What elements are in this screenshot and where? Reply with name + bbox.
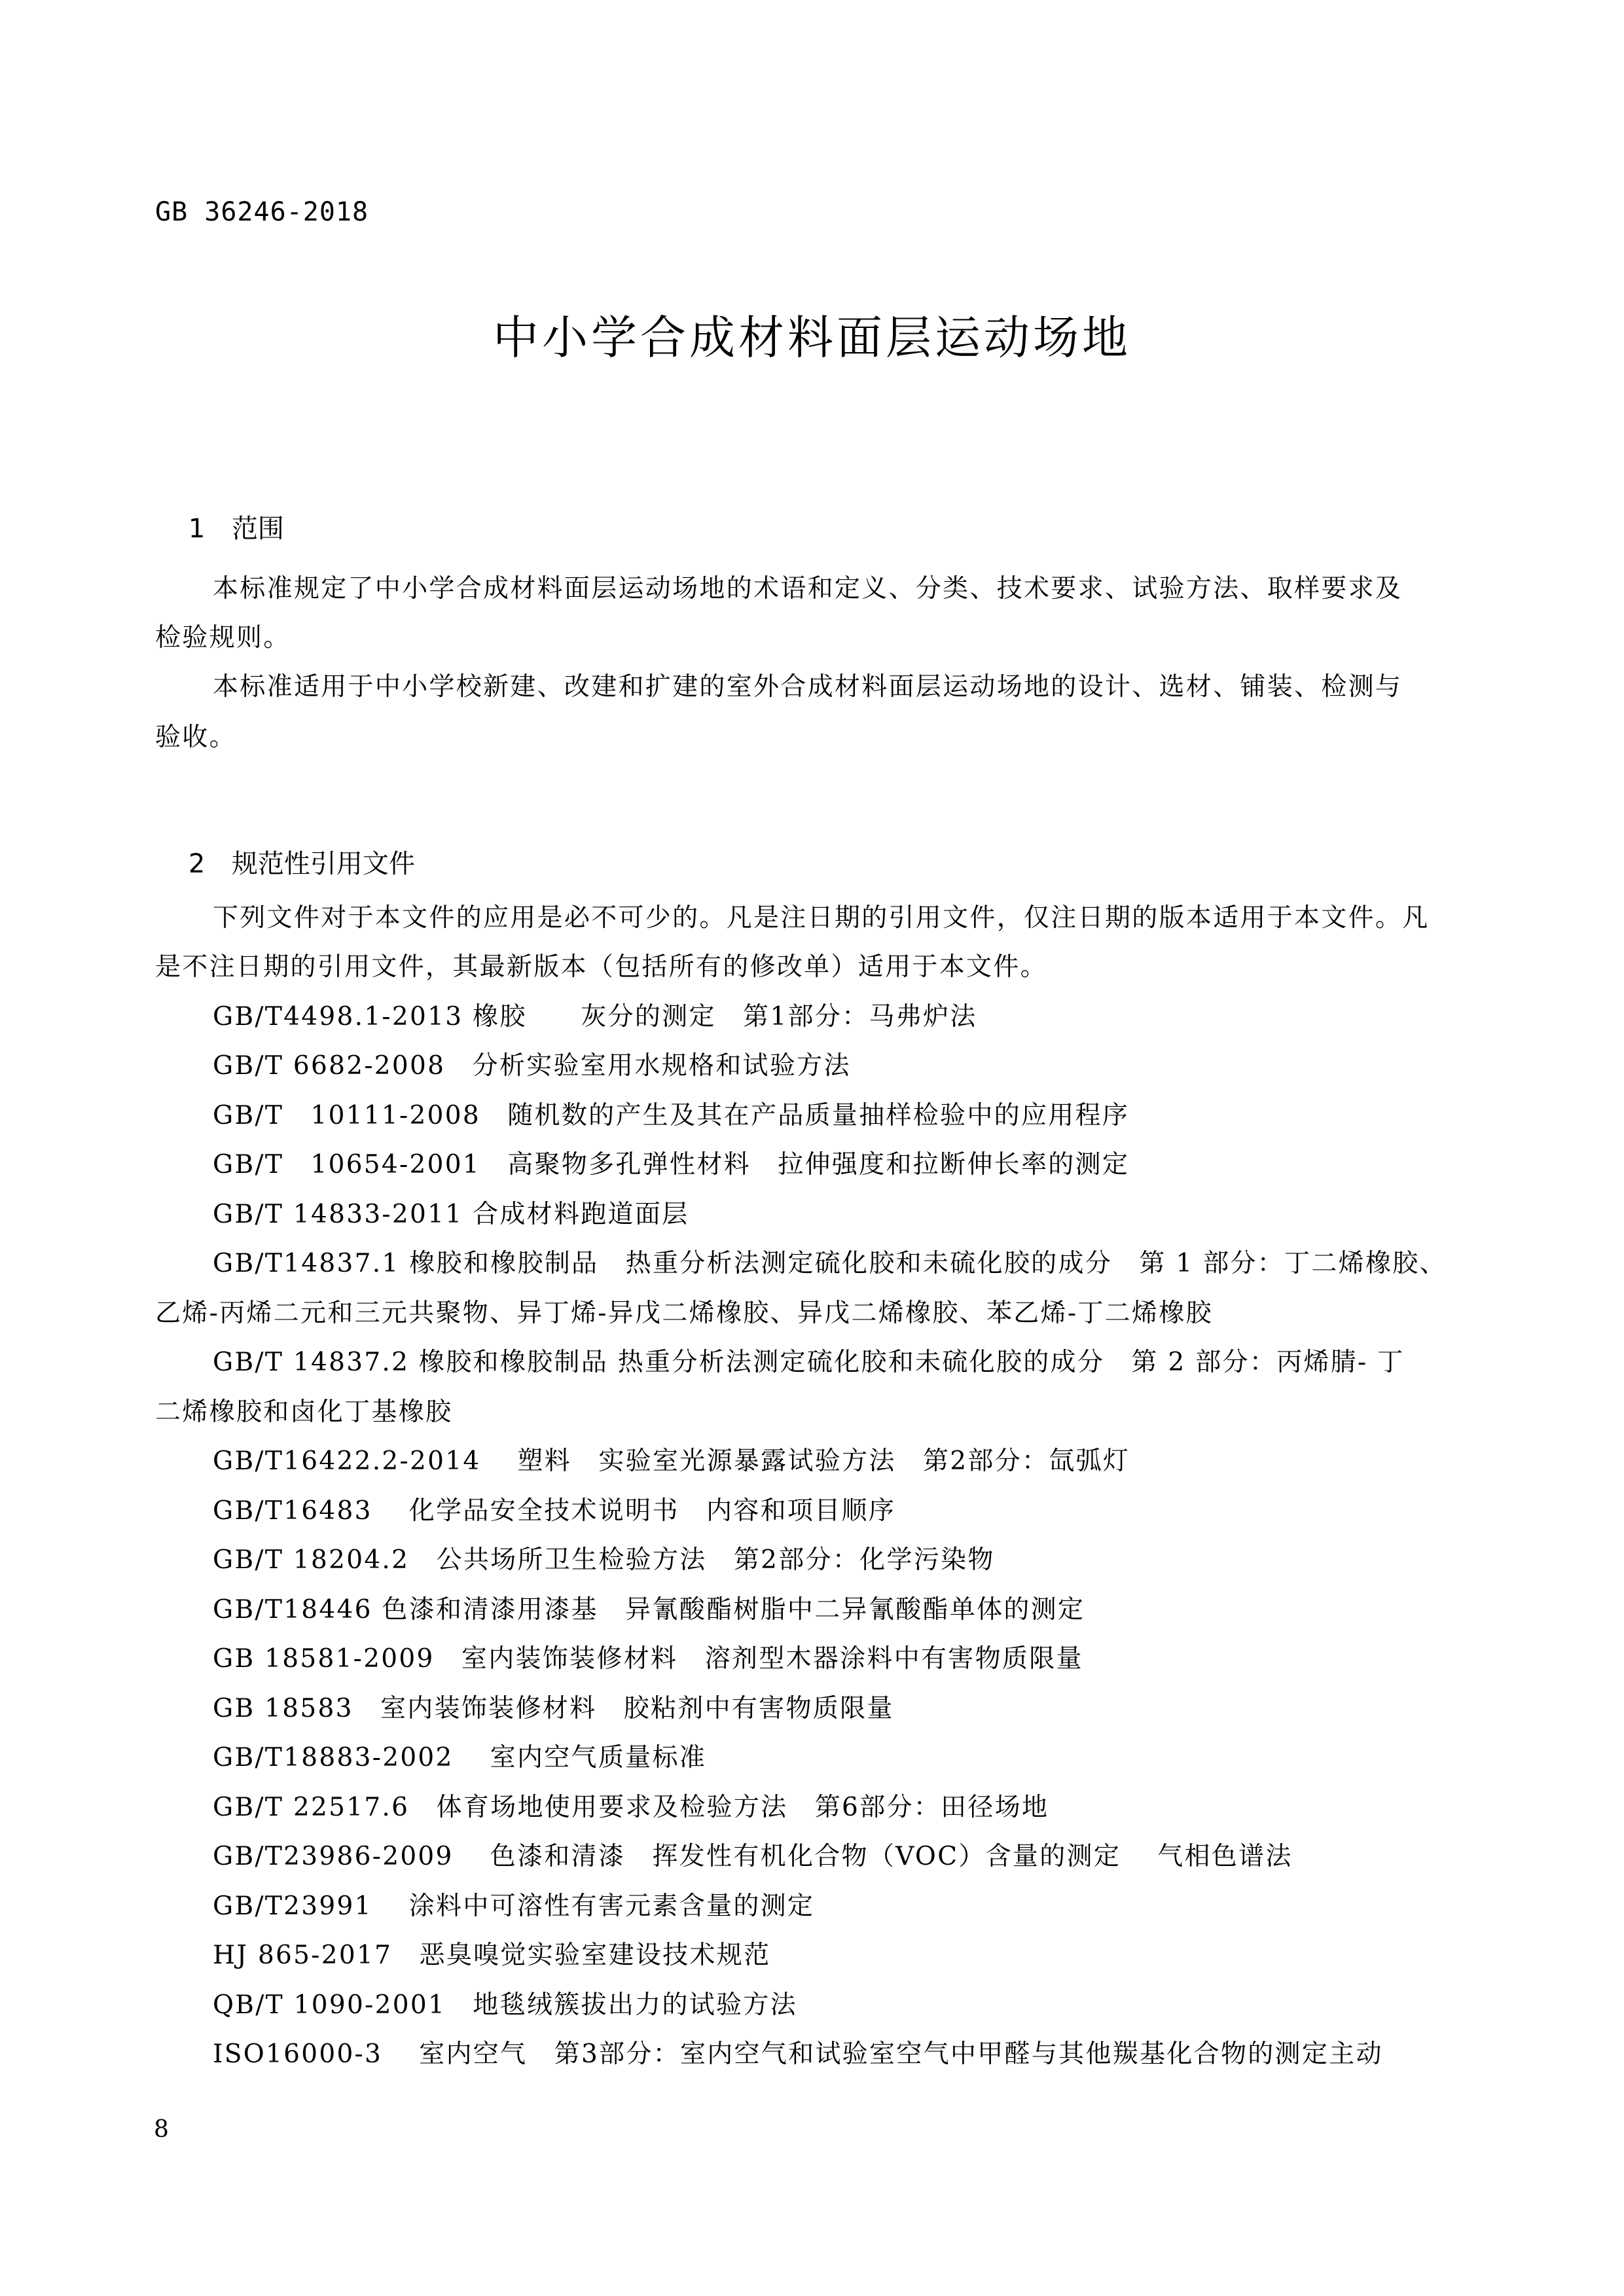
reference-item: GB 18583 室内装饰装修材料 胶粘剂中有害物质限量 [213, 1693, 894, 1725]
reference-item: GB/T14837.1 橡胶和橡胶制品 热重分析法测定硫化胶和未硫化胶的成分 第… [213, 1247, 1447, 1280]
paragraph-line: 本标准规定了中小学合成材料面层运动场地的术语和定义、分类、技术要求、试验方法、取… [213, 573, 1402, 605]
paragraph-line: 下列文件对于本文件的应用是必不可少的。凡是注日期的引用文件，仅注日期的版本适用于… [213, 902, 1430, 935]
paragraph-line: 检验规则。 [155, 622, 291, 655]
standard-code: GB 36246-2018 [155, 196, 369, 228]
reference-item: GB/T 10111-2008 随机数的产生及其在产品质量抽样检验中的应用程序 [213, 1100, 1129, 1132]
reference-item: QB/T 1090-2001 地毯绒簇拔出力的试验方法 [213, 1989, 797, 2022]
reference-item: GB/T18883-2002 室内空气质量标准 [213, 1742, 706, 1774]
reference-item: GB/T 14837.2 橡胶和橡胶制品 热重分析法测定硫化胶和未硫化胶的成分 … [213, 1346, 1405, 1379]
section-title: 规范性引用文件 [232, 849, 415, 879]
reference-item: GB/T 18204.2 公共场所卫生检验方法 第2部分：化学污染物 [213, 1544, 995, 1577]
paragraph-line: 是不注日期的引用文件，其最新版本（包括所有的修改单）适用于本文件。 [155, 951, 1047, 984]
reference-item: GB/T18446 色漆和清漆用漆基 异氰酸酯树脂中二异氰酸酯单体的测定 [213, 1594, 1085, 1626]
section-number: 1 [189, 512, 232, 546]
reference-item: GB 18581-2009 室内装饰装修材料 溶剂型木器涂料中有害物质限量 [213, 1643, 1083, 1676]
paragraph-line: 验收。 [155, 721, 236, 754]
reference-item: ISO16000-3 室内空气 第3部分：室内空气和试验室空气中甲醛与其他羰基化… [213, 2038, 1383, 2071]
reference-item: GB/T23986-2009 色漆和清漆 挥发性有机化合物（VOC）含量的测定 … [213, 1840, 1293, 1873]
section-heading-normative-references: 2规范性引用文件 [155, 813, 415, 915]
document-page: GB 36246-2018 中小学合成材料面层运动场地 1范围 本标准规定了中小… [0, 0, 1624, 2296]
paragraph-line: 本标准适用于中小学校新建、改建和扩建的室外合成材料面层运动场地的设计、选材、铺装… [213, 671, 1402, 704]
page-number: 8 [154, 2115, 169, 2144]
reference-item: HJ 865-2017 恶臭嗅觉实验室建设技术规范 [213, 1939, 770, 1972]
section-number: 2 [189, 847, 232, 881]
section-heading-scope: 1范围 [155, 478, 284, 580]
reference-item: GB/T 14833-2011 合成材料跑道面层 [213, 1198, 689, 1231]
reference-item: GB/T16422.2-2014 塑料 实验室光源暴露试验方法 第2部分：氙弧灯 [213, 1445, 1130, 1478]
reference-item: GB/T4498.1-2013 橡胶 灰分的测定 第1部分：马弗炉法 [213, 1001, 977, 1033]
reference-item-continuation: 乙烯-丙烯二元和三元共聚物、异丁烯-异戊二烯橡胶、异戊二烯橡胶、苯乙烯-丁二烯橡… [155, 1297, 1213, 1330]
reference-item: GB/T 10654-2001 高聚物多孔弹性材料 拉伸强度和拉断伸长率的测定 [213, 1149, 1129, 1181]
section-title: 范围 [232, 514, 284, 544]
document-title: 中小学合成材料面层运动场地 [0, 310, 1624, 365]
reference-item: GB/T16483 化学品安全技术说明书 内容和项目顺序 [213, 1495, 895, 1528]
reference-item: GB/T 6682-2008 分析实验室用水规格和试验方法 [213, 1050, 851, 1083]
reference-item: GB/T 22517.6 体育场地使用要求及检验方法 第6部分：田径场地 [213, 1791, 1049, 1824]
reference-item: GB/T23991 涂料中可溶性有害元素含量的测定 [213, 1890, 814, 1923]
reference-item-continuation: 二烯橡胶和卤化丁基橡胶 [155, 1396, 452, 1429]
